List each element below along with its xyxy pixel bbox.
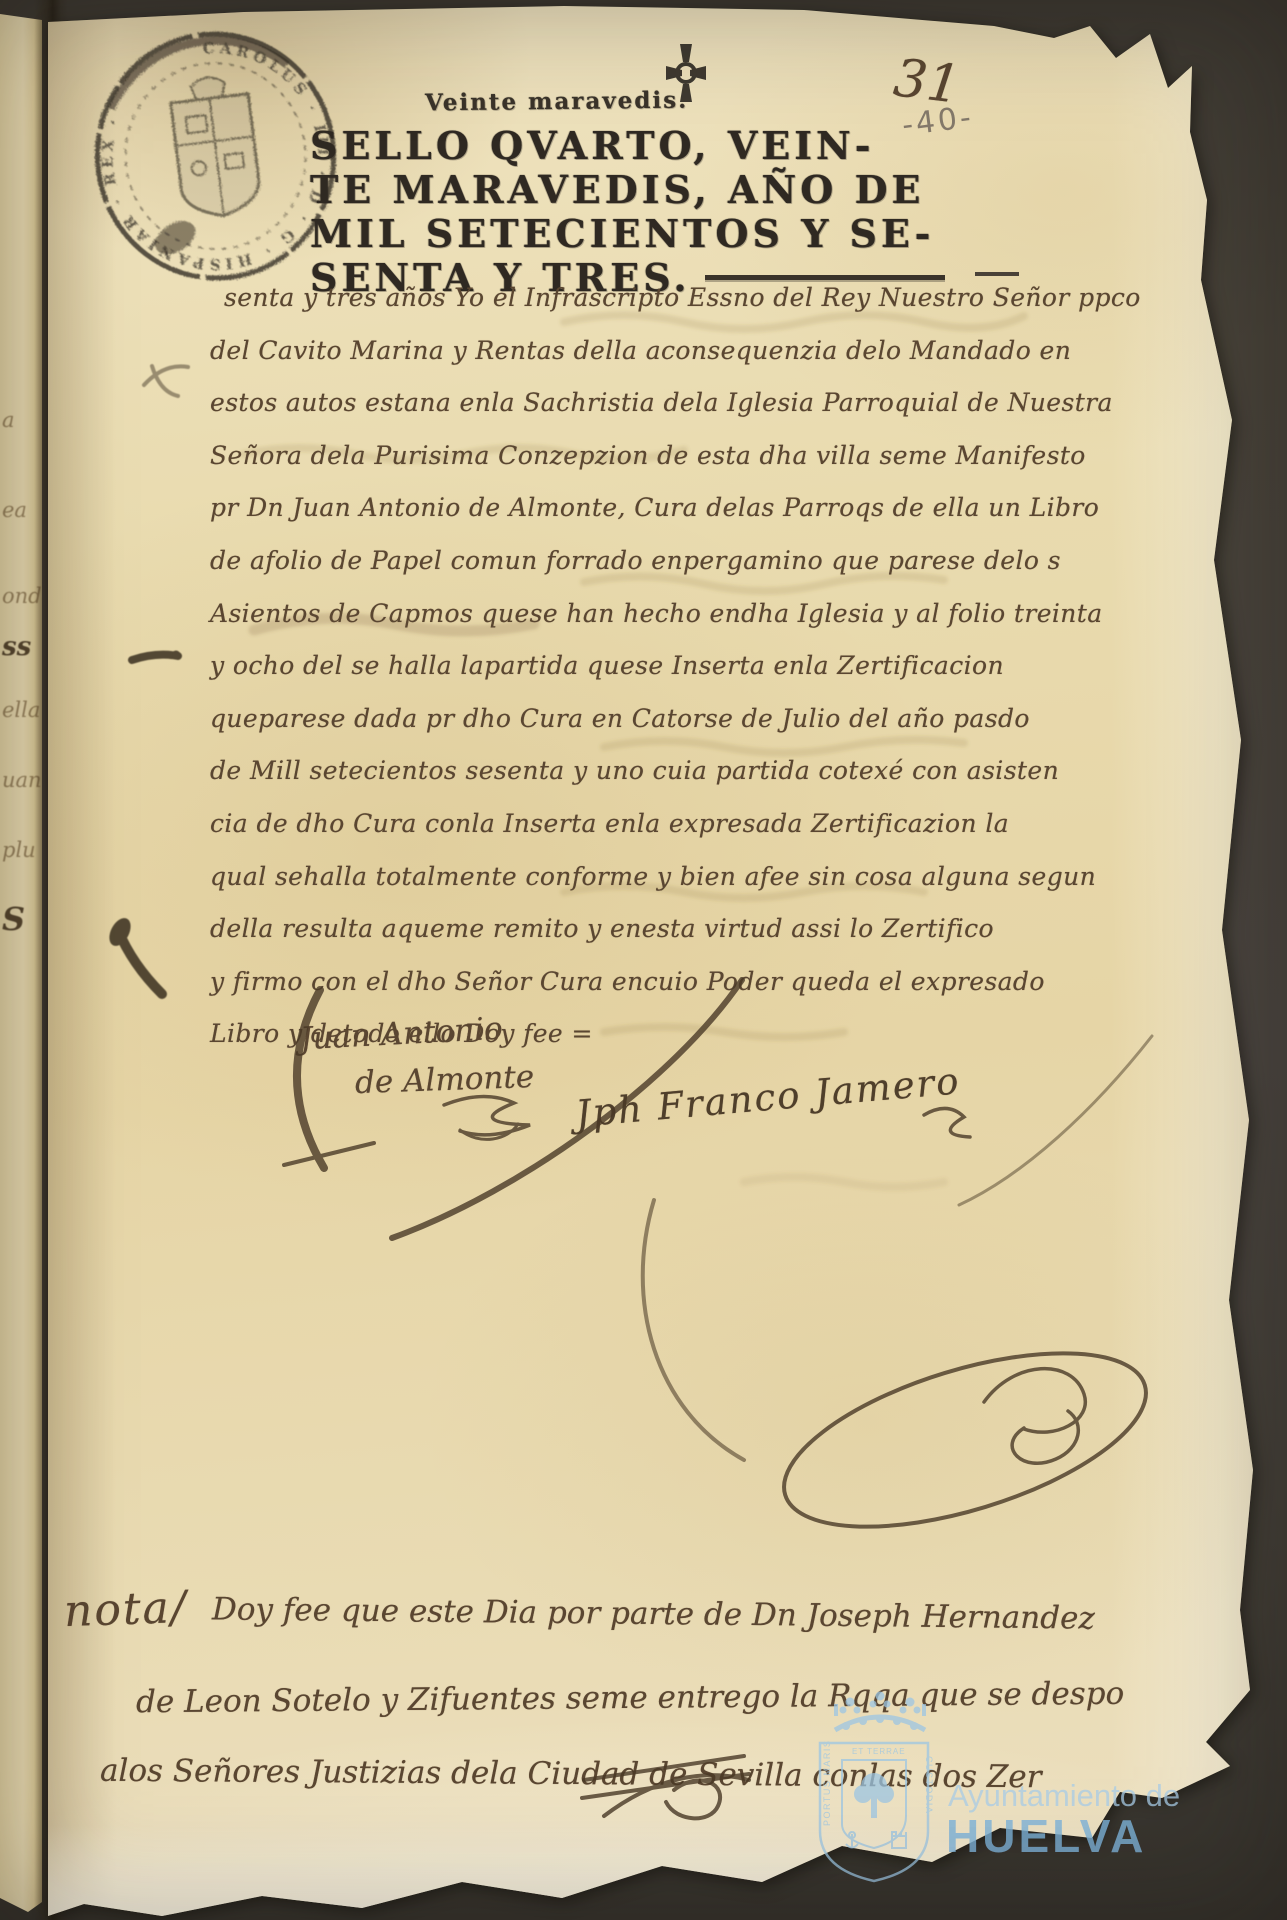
manuscript-line: Asientos de Capmos quese han hecho endha… [210,588,1080,641]
manuscript-line: de Mill setecientos sesenta y uno cuia p… [210,745,1080,798]
manuscript-line: del Cavito Marina y Rentas della aconseq… [210,325,1080,378]
bleed-text-fragment: a [2,408,15,432]
manuscript-line: queparese dada pr dho Cura en Catorse de… [210,693,1080,746]
motto-top: ET TERRAE [852,1747,906,1756]
motto-left: PORTUS MARIS [822,1740,832,1826]
bleed-text-fragment: ss [2,632,31,662]
manuscript-line: cia de dho Cura conla Inserta enla expre… [210,798,1080,851]
nota-label: nota/ [63,1582,188,1637]
manuscript-line: estos autos estana enla Sachristia dela … [210,377,1080,430]
archival-document-photo: a ea onde ss ella uan plu S [0,0,1287,1920]
manuscript-line: y ocho del se halla lapartida quese Inse… [210,640,1080,693]
motto-right: CUSTODIA [924,1756,934,1814]
tree-emblem [854,1773,894,1818]
coat-of-arms [168,73,262,220]
bleed-text-fragment: S [2,900,25,938]
manuscript-line: Señora dela Purisima Conzepzion de esta … [210,430,1080,483]
watermark-org-small: Ayuntamiento de [948,1778,1180,1813]
huelva-crest: PORTUS MARIS CUSTODIA ET TERRAE [820,1692,934,1882]
seal-heading-line: MIL SETECIENTOS Y SE- [310,212,1019,256]
tax-line: Veinte maravedis. [425,87,688,117]
document-page: CAROLUS · III · D · G · HISPANIAR · REX … [44,0,1256,1920]
anchor-icon [846,1832,858,1848]
bleed-text-fragment: ea [2,498,27,522]
manuscript-line: senta y tres años Yo el Infrascripto Ess… [224,272,1080,325]
watermark-org-large: HUELVA [946,1810,1146,1862]
seal-heading-line: TE MARAVEDIS, AÑO DE [310,168,1019,212]
signature-flourishes [224,940,1264,1580]
nota-rubric-flourish [564,1738,764,1833]
manuscript-line: de afolio de Papel comun forrado enperga… [210,535,1080,588]
manuscript-line: qual sehalla totalmente conforme y bien … [210,851,1080,904]
bleed-text-fragment: plu [2,838,36,862]
huelva-watermark: PORTUS MARIS CUSTODIA ET TERRAE Ayuntami… [780,1638,1180,1908]
manuscript-line: pr Dn Juan Antonio de Almonte, Cura dela… [210,482,1080,535]
document-page-wrap: CAROLUS · III · D · G · HISPANIAR · REX … [44,0,1256,1920]
